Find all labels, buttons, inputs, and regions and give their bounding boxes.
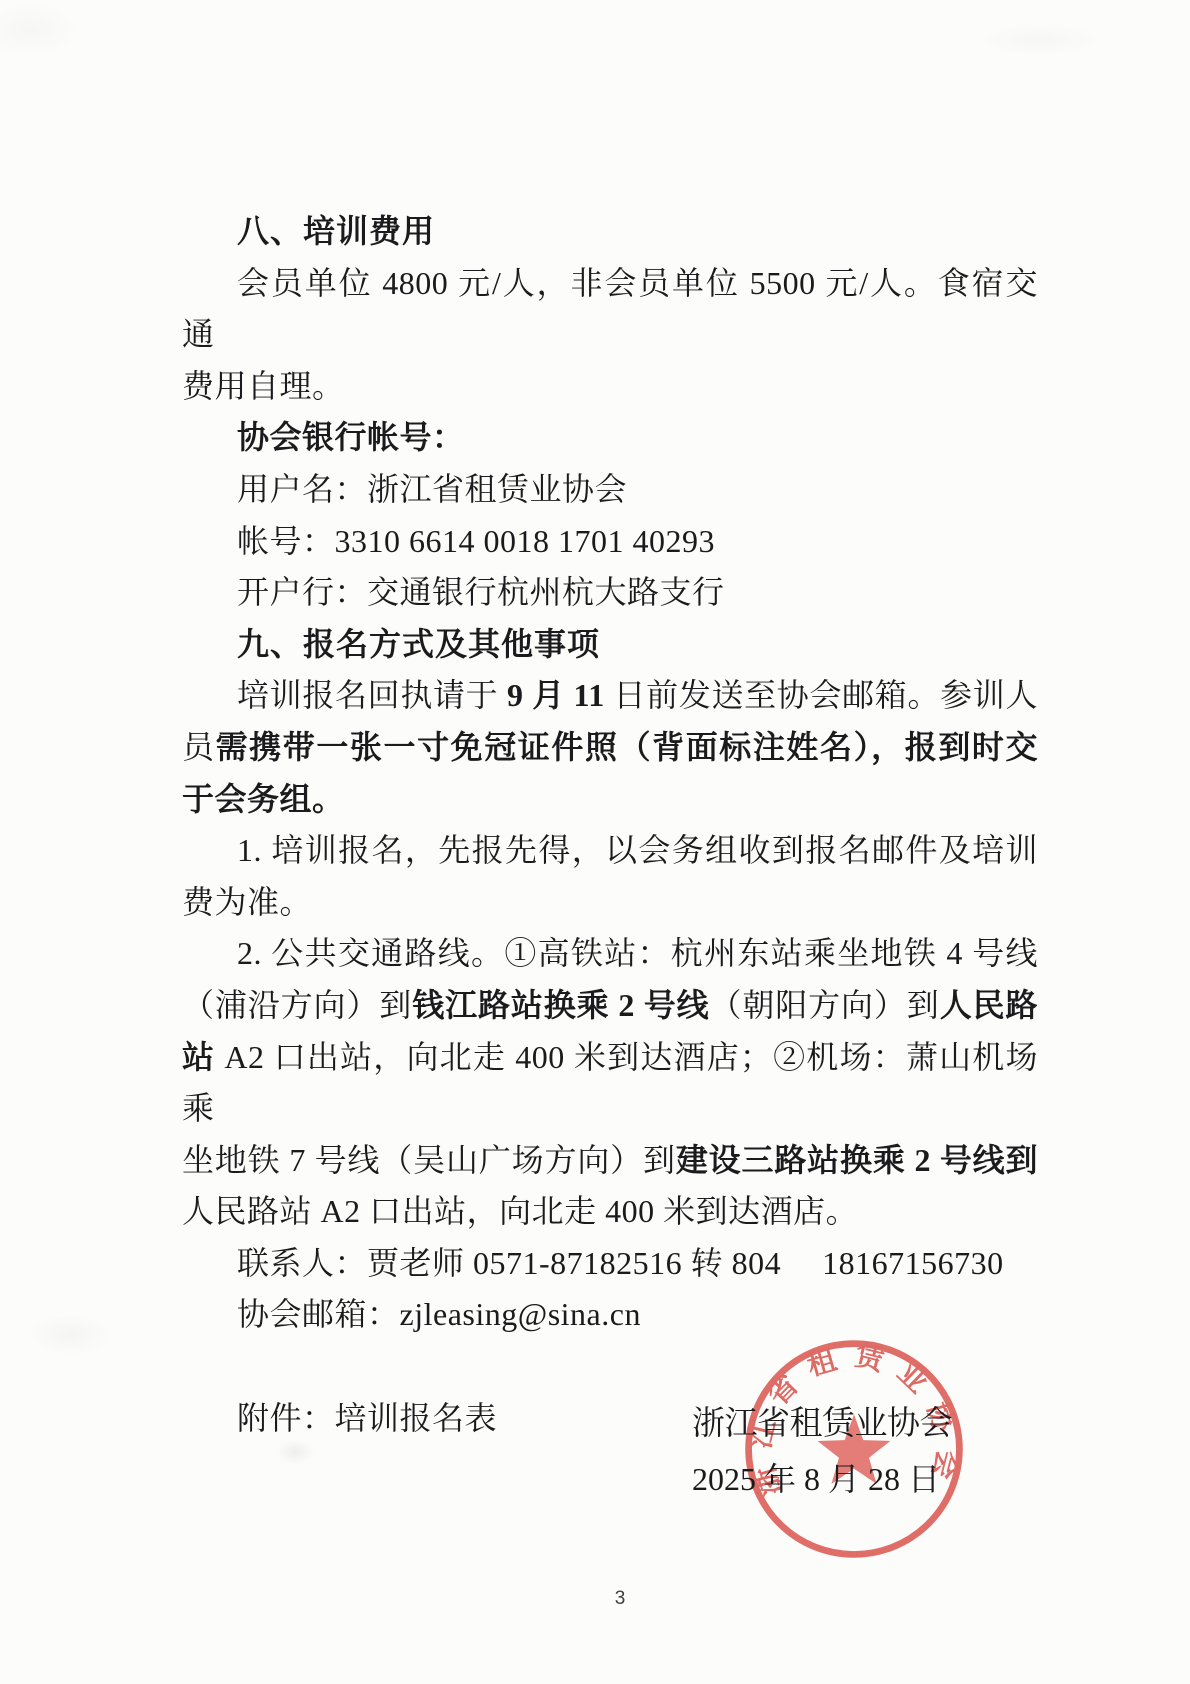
text-segment: 日前发送至协会邮箱。参训人	[613, 677, 1038, 713]
document-line: 联系人：贾老师 0571-87182516 转 804 18167156730	[182, 1238, 1038, 1290]
document-line: 坐地铁 7 号线（吴山广场方向）到建设三路站换乘 2 号线到	[182, 1135, 1038, 1187]
document-line: （浦沿方向）到钱江路站换乘 2 号线（朝阳方向）到人民路	[182, 980, 1038, 1032]
document-line: 费用自理。	[182, 361, 1038, 413]
document-lines: 八、培训费用会员单位 4800 元/人，非会员单位 5500 元/人。食宿交通费…	[182, 206, 1038, 1444]
text-segment: 协会邮箱：zjleasing@sina.cn	[237, 1296, 641, 1332]
bold-text-segment: 于会务组。	[182, 781, 345, 817]
text-segment: 联系人：贾老师 0571-87182516 转 804 18167156730	[237, 1245, 1004, 1281]
bold-text-segment: 需携带一张一寸免冠证件照（背面标注姓名），报到时交	[216, 729, 1038, 765]
document-line: 员需携带一张一寸免冠证件照（背面标注姓名），报到时交	[182, 722, 1038, 774]
page-number: 3	[570, 1588, 670, 1610]
text-segment: 人民路站 A2 口出站，向北走 400 米到达酒店。	[182, 1193, 858, 1229]
text-segment: 帐号：3310 6614 0018 1701 40293	[237, 523, 715, 559]
text-segment: 坐地铁 7 号线（吴山广场方向）到	[182, 1142, 676, 1178]
document-line: 于会务组。	[182, 774, 1038, 826]
signature-organization: 浙江省租赁业协会	[692, 1404, 952, 1444]
text-segment: 会员单位 4800 元/人，非会员单位 5500 元/人。食宿交通	[182, 265, 1038, 353]
signature-date: 2025 年 8 月 28 日	[692, 1459, 940, 1499]
bold-text-segment: 九、报名方式及其他事项	[237, 626, 600, 662]
section-heading: 九、报名方式及其他事项	[182, 619, 1038, 671]
document-line: 帐号：3310 6614 0018 1701 40293	[182, 516, 1038, 568]
document-line: 协会邮箱：zjleasing@sina.cn	[182, 1289, 1038, 1341]
document-line: 人民路站 A2 口出站，向北走 400 米到达酒店。	[182, 1186, 1038, 1238]
document-line: 培训报名回执请于 9 月 11 日前发送至协会邮箱。参训人	[182, 670, 1038, 722]
document-line: 1. 培训报名，先报先得，以会务组收到报名邮件及培训	[182, 825, 1038, 877]
document-line: 2. 公共交通路线。①高铁站：杭州东站乘坐地铁 4 号线	[182, 928, 1038, 980]
bold-text-segment: 协会银行帐号：	[237, 419, 465, 455]
document-line: 费为准。	[182, 877, 1038, 929]
bold-text-segment: 建设三路站换乘 2 号线到	[676, 1142, 1038, 1178]
text-segment: 开户行：交通银行杭州杭大路支行	[237, 574, 725, 610]
bold-text-segment: 9 月 11	[507, 677, 613, 713]
text-segment: （朝阳方向）到	[710, 987, 940, 1023]
text-segment: 2. 公共交通路线。①高铁站：杭州东站乘坐地铁 4 号线	[237, 935, 1038, 971]
text-segment: 附件：培训报名表	[237, 1400, 497, 1436]
document-line: 会员单位 4800 元/人，非会员单位 5500 元/人。食宿交通	[182, 258, 1038, 361]
bold-text-segment: 钱江路站换乘 2 号线	[412, 987, 709, 1023]
text-segment: 1. 培训报名，先报先得，以会务组收到报名邮件及培训	[237, 832, 1038, 868]
text-segment: 员	[182, 729, 216, 765]
bold-text-segment: 人民路	[940, 987, 1038, 1023]
document-line: 站 A2 口出站，向北走 400 米到达酒店；②机场：萧山机场乘	[182, 1032, 1038, 1135]
document-line: 协会银行帐号：	[182, 412, 1038, 464]
document-line: 用户名：浙江省租赁业协会	[182, 464, 1038, 516]
document-line: 开户行：交通银行杭州杭大路支行	[182, 567, 1038, 619]
text-segment: 费为准。	[182, 884, 312, 920]
text-segment: 费用自理。	[182, 368, 345, 404]
section-heading: 八、培训费用	[182, 206, 1038, 258]
scanned-document-page: 八、培训费用会员单位 4800 元/人，非会员单位 5500 元/人。食宿交通费…	[0, 0, 1190, 1684]
bold-text-segment: 八、培训费用	[237, 213, 435, 249]
bold-text-segment: 站	[182, 1039, 215, 1075]
text-segment: （浦沿方向）到	[182, 987, 412, 1023]
text-segment: 用户名：浙江省租赁业协会	[237, 471, 627, 507]
text-segment: 培训报名回执请于	[237, 677, 507, 713]
text-segment: A2 口出站，向北走 400 米到达酒店；②机场：萧山机场乘	[182, 1039, 1038, 1127]
